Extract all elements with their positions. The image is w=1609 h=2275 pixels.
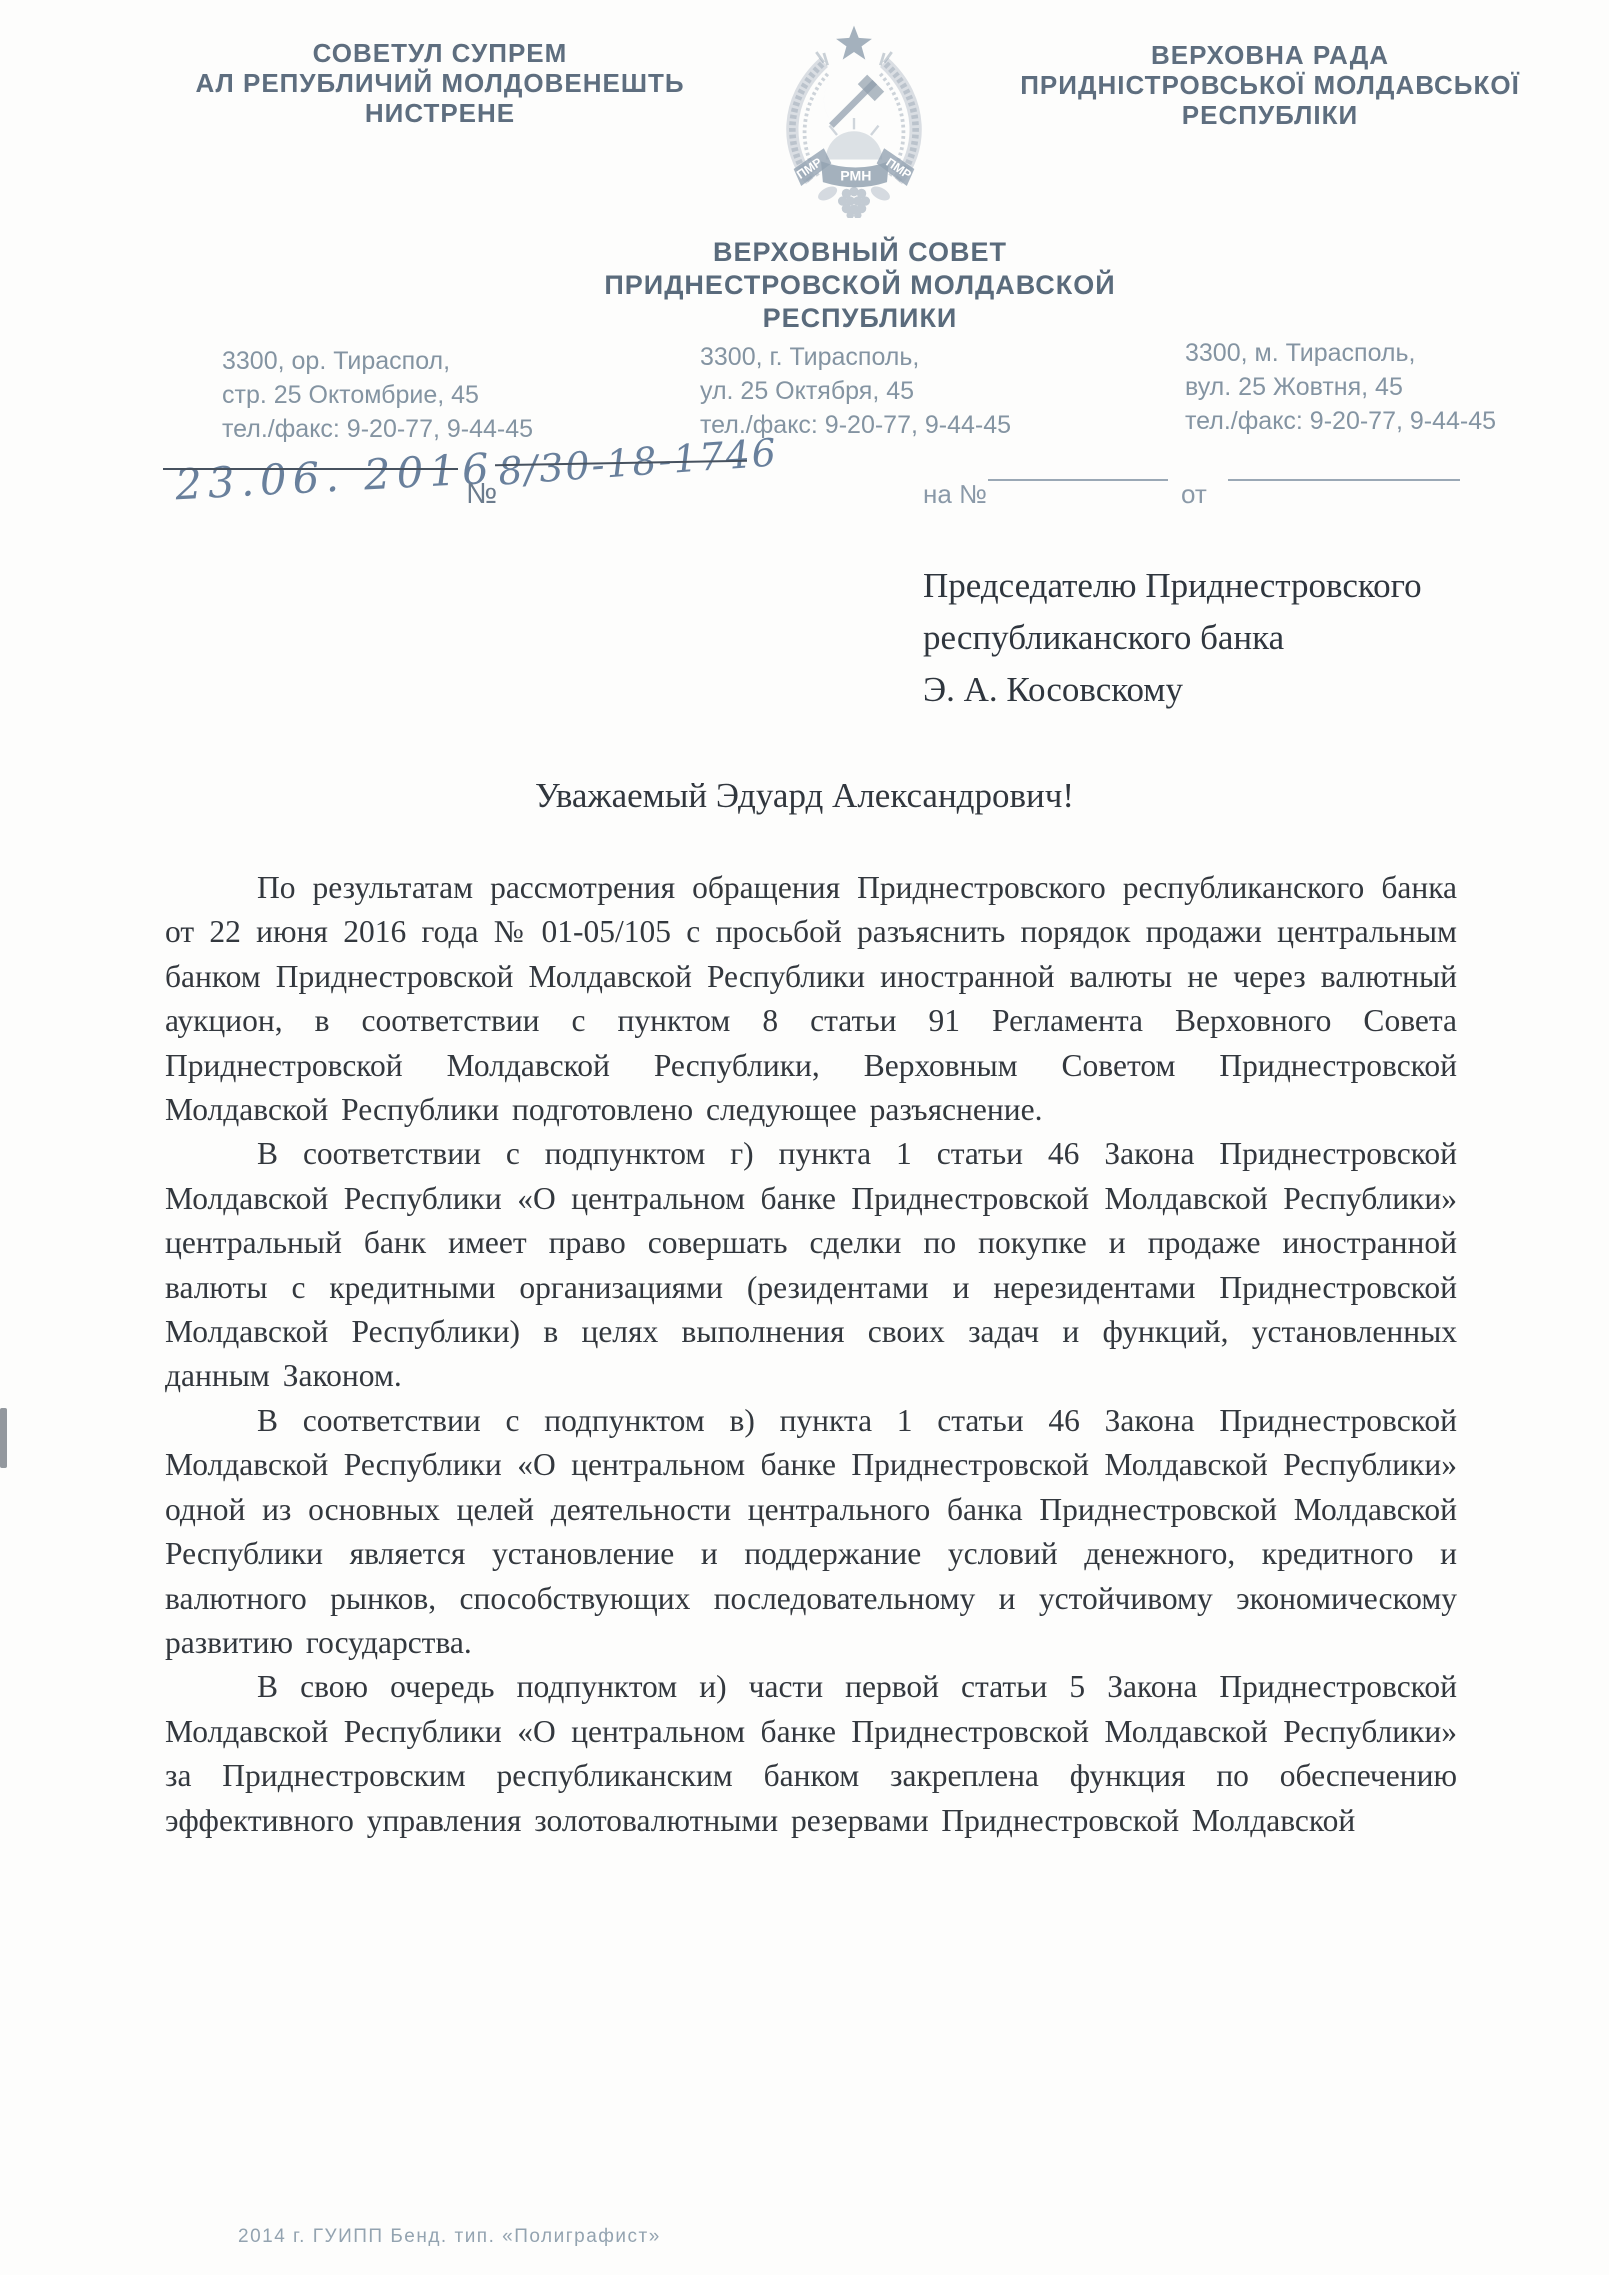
org-name-russian-line2: ПРИДНЕСТРОВСКОЙ МОЛДАВСКОЙ (420, 269, 1300, 302)
address-moldovan-line2: стр. 25 Октомбрие, 45 (222, 378, 533, 412)
number-sign-label: № (466, 478, 497, 511)
org-name-moldovan-line1: СОВЕТУЛ СУПРЕМ (150, 38, 730, 68)
ribbon-center-text: РМН (840, 167, 871, 183)
handwritten-date: 23.06. 2016 (174, 444, 496, 510)
address-moldovan-line3: тел./факс: 9-20-77, 9-44-45 (222, 412, 533, 446)
org-name-ukrainian: ВЕРХОВНА РАДА ПРИДНІСТРОВСЬКОЇ МОЛДАВСЬК… (990, 40, 1550, 130)
org-name-moldovan-line3: НИСТРЕНЕ (150, 98, 730, 128)
addressee-line2: республиканского банка (923, 612, 1523, 664)
print-shop-footer: 2014 г. ГУИПП Бенд. тип. «Полиграфист» (238, 2226, 661, 2248)
body-paragraph-4: В свою очередь подпунктом и) части перво… (165, 1665, 1457, 1843)
org-name-moldovan: СОВЕТУЛ СУПРЕМ АЛ РЕПУБЛИЧИЙ МОЛДОВЕНЕШТ… (150, 38, 730, 128)
date-underline (163, 468, 458, 470)
org-name-russian-line1: ВЕРХОВНЫЙ СОВЕТ (420, 236, 1300, 269)
addressee-line3: Э. А. Косовскому (923, 664, 1523, 716)
org-name-ukrainian-line1: ВЕРХОВНА РАДА (990, 40, 1550, 70)
sun-icon (826, 131, 883, 159)
letter-body: По результатам рассмотрения обращения Пр… (165, 866, 1457, 1843)
scanned-letter-page: СОВЕТУЛ СУПРЕМ АЛ РЕПУБЛИЧИЙ МОЛДОВЕНЕШТ… (0, 0, 1609, 2275)
star-icon (836, 26, 872, 60)
address-moldovan: 3300, ор. Тираспол, стр. 25 Октомбрие, 4… (222, 344, 533, 446)
org-name-ukrainian-line3: РЕСПУБЛІКИ (990, 100, 1550, 130)
reply-to-number-label: на № (923, 479, 987, 510)
address-russian-line2: ул. 25 Октября, 45 (700, 374, 1011, 408)
coat-of-arms-icon: ПМР ПМР РМН (768, 20, 940, 218)
reply-date-blank-line (1228, 479, 1460, 481)
address-ukrainian-line1: 3300, м. Тирасполь, (1185, 336, 1496, 370)
org-name-russian-line3: РЕСПУБЛИКИ (420, 302, 1300, 335)
body-paragraph-3: В соответствии с подпунктом в) пункта 1 … (165, 1399, 1457, 1665)
address-ukrainian-line3: тел./факс: 9-20-77, 9-44-45 (1185, 404, 1496, 438)
org-name-ukrainian-line2: ПРИДНІСТРОВСЬКОЇ МОЛДАВСЬКОЇ (990, 70, 1550, 100)
reply-number-blank-line (988, 479, 1168, 481)
salutation: Уважаемый Эдуард Александрович! (0, 776, 1609, 816)
grapes-icon (816, 184, 892, 218)
address-moldovan-line1: 3300, ор. Тираспол, (222, 344, 533, 378)
address-russian: 3300, г. Тирасполь, ул. 25 Октября, 45 т… (700, 340, 1011, 442)
address-ukrainian-line2: вул. 25 Жовтня, 45 (1185, 370, 1496, 404)
body-paragraph-1: По результатам рассмотрения обращения Пр… (165, 866, 1457, 1132)
addressee-block: Председателю Приднестровского республика… (923, 560, 1523, 716)
org-name-russian: ВЕРХОВНЫЙ СОВЕТ ПРИДНЕСТРОВСКОЙ МОЛДАВСК… (420, 236, 1300, 335)
org-name-moldovan-line2: АЛ РЕПУБЛИЧИЙ МОЛДОВЕНЕШТЬ (150, 68, 730, 98)
addressee-line1: Председателю Приднестровского (923, 560, 1523, 612)
address-russian-line1: 3300, г. Тирасполь, (700, 340, 1011, 374)
scan-edge-artifact (0, 1408, 7, 1468)
body-paragraph-2: В соответствии с подпунктом г) пункта 1 … (165, 1132, 1457, 1398)
address-ukrainian: 3300, м. Тирасполь, вул. 25 Жовтня, 45 т… (1185, 336, 1496, 438)
reply-from-date-label: от (1181, 479, 1207, 510)
